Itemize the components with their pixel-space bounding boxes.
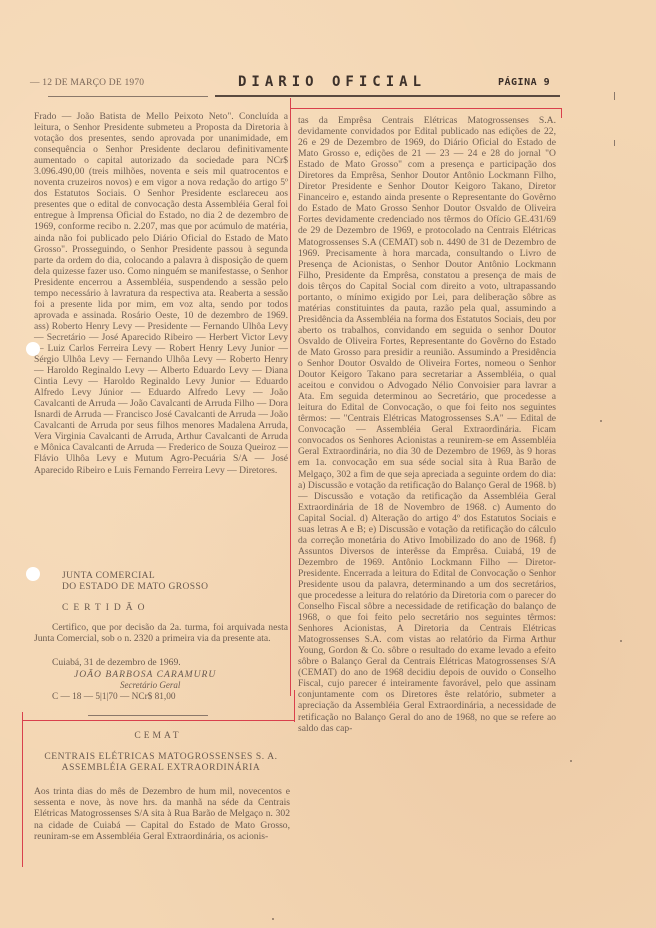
cemat-subtitle-line-2: ASSEMBLÉIA GERAL EXTRAORDINÁRIA — [30, 763, 292, 774]
paper-speck — [570, 760, 572, 762]
header-rule-left — [48, 96, 208, 97]
certidao-body: Certifico, que por decisão da 2a. turma,… — [34, 622, 288, 644]
minutes-paragraph: Frado — João Batista de Mello Peixoto Ne… — [34, 111, 288, 476]
paper-speck — [272, 918, 274, 920]
assembly-minutes-paragraph: tas da Emprêsa Centrais Elétricas Matogr… — [298, 115, 556, 734]
paper-mark — [614, 140, 615, 146]
header-date: — 12 DE MARÇO DE 1970 — [30, 78, 144, 88]
punch-hole — [26, 342, 40, 356]
section-divider — [88, 715, 208, 716]
certidao-role: Secretário Geral — [120, 680, 180, 690]
paper-mark — [614, 92, 615, 100]
cemat-body: Aos trinta dias do mês de Dezembro de hu… — [34, 786, 290, 842]
junta-line-1: JUNTA COMERCIAL — [62, 571, 208, 582]
header-rule-right — [215, 95, 560, 97]
red-marker-line-box-right — [294, 690, 295, 722]
certidao-fee: C — 18 — 5|1|70 — NCr$ 81,00 — [52, 692, 176, 702]
cemat-title: CEMAT — [22, 731, 294, 741]
red-marker-line-top — [290, 108, 561, 109]
red-marker-tick — [22, 712, 23, 722]
junta-line-2: DO ESTADO DE MATO GROSSO — [62, 582, 208, 593]
newspaper-title: DIARIO OFICIAL — [238, 74, 426, 90]
paper-speck — [600, 420, 602, 422]
certidao-heading: CERTIDÃO — [62, 603, 149, 613]
certidao-signatory: JOÃO BARBOSA CARAMURU — [74, 669, 216, 680]
cemat-subtitle: CENTRAIS ELÉTRICAS MATOGROSSENSES S. A. … — [30, 752, 292, 774]
junta-comercial-heading: JUNTA COMERCIAL DO ESTADO DE MATO GROSSO — [62, 571, 208, 593]
red-marker-line-right — [561, 108, 562, 118]
left-column-text: Frado — João Batista de Mello Peixoto Ne… — [34, 111, 288, 476]
page-header: — 12 DE MARÇO DE 1970 DIARIO OFICIAL PÁG… — [0, 72, 656, 100]
punch-hole — [26, 567, 40, 581]
right-column-text: tas da Emprêsa Centrais Elétricas Matogr… — [298, 115, 556, 734]
red-marker-line-vertical — [290, 98, 291, 696]
certidao-place-date: Cuiabá, 31 de dezembro de 1969. — [52, 657, 181, 668]
certidao-text: Certifico, que por decisão da 2a. turma,… — [34, 622, 288, 644]
page-number: PÁGINA 9 — [498, 77, 550, 88]
cemat-subtitle-line-1: CENTRAIS ELÉTRICAS MATOGROSSENSES S. A. — [30, 752, 292, 763]
paper-speck — [620, 640, 622, 642]
